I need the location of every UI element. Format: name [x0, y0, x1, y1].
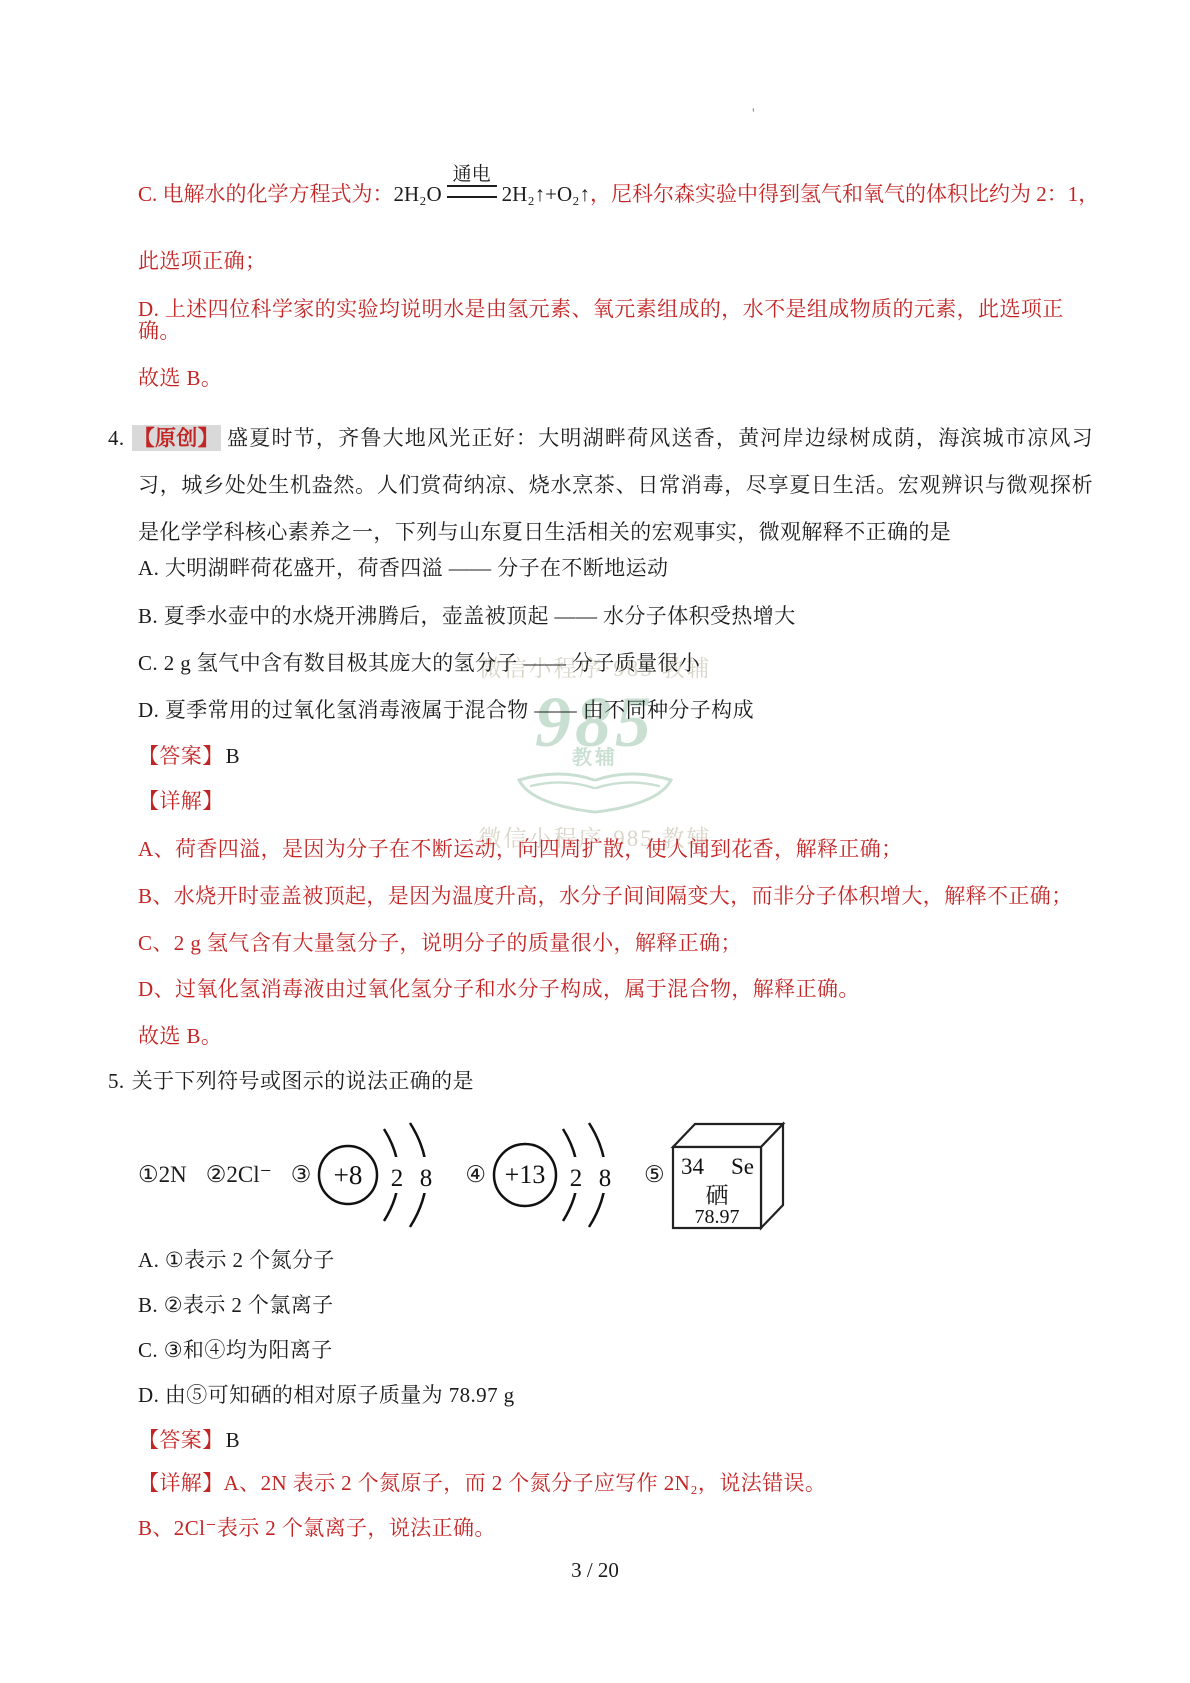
q5-option-a: A. ①表示 2 个氮分子	[138, 1249, 1093, 1271]
q4-answer-line: 【答案】B	[138, 745, 1093, 767]
selenium-element-cell: 34 Se 硒 78.97	[670, 1119, 788, 1231]
q4-answer-value: B	[226, 744, 240, 768]
equation-condition-line: 通电	[447, 185, 497, 198]
q5-option-d: D. 由⑤可知硒的相对原子质量为 78.97 g	[138, 1384, 1093, 1406]
nucleus-charge-plus8: +8	[334, 1160, 363, 1190]
q5-stem: 5.关于下列符号或图示的说法正确的是	[108, 1070, 1093, 1092]
q3-option-c-prefix: C. 电解水的化学方程式为：	[138, 182, 394, 206]
q5-answer-line: 【答案】B	[138, 1429, 1093, 1451]
q4-original-badge: 【原创】	[132, 425, 222, 451]
q5-answer-label: 【答案】	[138, 1428, 224, 1452]
page-content: C. 电解水的化学方程式为：2H₂O通电2H₂↑+O₂↑，尼科尔森实验中得到氢气…	[108, 0, 1093, 1539]
q4-stem: 4.【原创】盛夏时节，齐鲁大地风光正好：大明湖畔荷风送香，黄河岸边绿树成荫，海滨…	[108, 415, 1093, 556]
q4-detail-a: A、荷香四溢，是因为分子在不断运动，向四周扩散，使人闻到花香，解释正确；	[138, 838, 1093, 860]
shell2-electrons: 8	[420, 1165, 433, 1192]
q4-option-d: D. 夏季常用的过氧化氢消毒液属于混合物 —— 由不同种分子构成	[138, 699, 1093, 721]
question-5: 5.关于下列符号或图示的说法正确的是 ①2N ②2Cl⁻ ③ +8 2 8	[108, 1070, 1093, 1539]
q4-conclusion: 故选 B。	[138, 1025, 1093, 1047]
element-name: 硒	[705, 1183, 728, 1208]
q5-detail-b: B、2Cl⁻表示 2 个氯离子，说法正确。	[138, 1517, 1093, 1539]
atom-structure-plus8-group: ③ +8 2 8	[291, 1109, 447, 1241]
q5-number: 5.	[108, 1069, 125, 1093]
q5-stem-text: 关于下列符号或图示的说法正确的是	[132, 1069, 474, 1093]
atom-structure-plus8-diagram: +8 2 8	[316, 1109, 446, 1241]
circled-4-label: ④	[465, 1162, 486, 1188]
symbol-2n: ①2N	[138, 1162, 187, 1188]
q4-option-c: C. 2 g 氢气中含有数目极其庞大的氢分子 —— 分子质量很小	[138, 652, 1093, 674]
q4-option-b: B. 夏季水壶中的水烧开沸腾后，壶盖被顶起 —— 水分子体积受热增大	[138, 605, 1093, 627]
q4-number: 4.	[108, 426, 125, 450]
element-symbol: Se	[731, 1154, 754, 1179]
q5-option-c: C. ③和④均为阳离子	[138, 1339, 1093, 1361]
equation-product: 2H₂↑+O₂↑	[502, 182, 590, 206]
q4-detail-b: B、水烧开时壶盖被顶起，是因为温度升高，水分子间间隔变大，而非分子体积增大，解释…	[138, 885, 1093, 907]
equation-reactant: 2H₂O	[394, 182, 442, 206]
symbol-2cl-anion: ②2Cl⁻	[206, 1162, 272, 1188]
q3-option-c-continuation: 此选项正确；	[138, 250, 1093, 272]
shell1-electrons: 2	[570, 1165, 583, 1192]
q3-answer-continuation: C. 电解水的化学方程式为：2H₂O通电2H₂↑+O₂↑，尼科尔森实验中得到氢气…	[108, 183, 1093, 389]
q3-option-c-suffix: ，尼科尔森实验中得到氢气和氧气的体积比约为 2：1，	[590, 182, 1099, 206]
circled-3-label: ③	[291, 1162, 312, 1188]
atomic-number: 34	[681, 1154, 705, 1179]
shell2-electrons: 8	[599, 1165, 612, 1192]
q5-answer-value: B	[226, 1428, 240, 1452]
q3-conclusion: 故选 B。	[138, 367, 1093, 389]
chemical-equation: 2H₂O通电2H₂↑+O₂↑	[394, 182, 590, 206]
shell1-electrons: 2	[391, 1165, 404, 1192]
q4-detail-label: 【详解】	[138, 790, 1093, 812]
selenium-element-cell-group: ⑤ 34 Se 硒 78.97	[644, 1119, 788, 1231]
page-number: 3 / 20	[0, 1558, 1190, 1583]
q4-option-a: A. 大明湖畔荷花盛开，荷香四溢 —— 分子在不断地运动	[138, 557, 1093, 579]
q4-detail-d: D、过氧化氢消毒液由过氧化氢分子和水分子构成，属于混合物，解释正确。	[138, 978, 1093, 1000]
equation-condition-label: 通电	[453, 164, 491, 186]
q3-option-d-line: D. 上述四位科学家的实验均说明水是由氢元素、氧元素组成的，水不是组成物质的元素…	[138, 298, 1093, 342]
atom-structure-plus13-group: ④ +13 2 8	[465, 1109, 625, 1241]
q3-option-c-line: C. 电解水的化学方程式为：2H₂O通电2H₂↑+O₂↑，尼科尔森实验中得到氢气…	[138, 183, 1093, 205]
q4-answer-label: 【答案】	[138, 744, 224, 768]
nucleus-charge-plus13: +13	[505, 1160, 546, 1189]
circled-5-label: ⑤	[644, 1162, 665, 1188]
question-4: 4.【原创】盛夏时节，齐鲁大地风光正好：大明湖畔荷风送香，黄河岸边绿树成荫，海滨…	[108, 415, 1093, 1047]
q5-symbol-diagram: ①2N ②2Cl⁻ ③ +8 2 8 ④	[138, 1107, 1093, 1242]
atom-structure-plus13-diagram: +13 2 8	[491, 1109, 625, 1241]
q4-detail-c: C、2 g 氢气含有大量氢分子，说明分子的质量很小，解释正确；	[138, 932, 1093, 954]
q5-detail-a: 【详解】A、2N 表示 2 个氮原子，而 2 个氮分子应写作 2N₂，说法错误。	[138, 1472, 1093, 1494]
relative-atomic-mass: 78.97	[694, 1206, 739, 1228]
q4-stem-text: 盛夏时节，齐鲁大地风光正好：大明湖畔荷风送香，黄河岸边绿树成荫，海滨城市凉风习习…	[138, 426, 1093, 544]
q5-option-b: B. ②表示 2 个氯离子	[138, 1294, 1093, 1316]
